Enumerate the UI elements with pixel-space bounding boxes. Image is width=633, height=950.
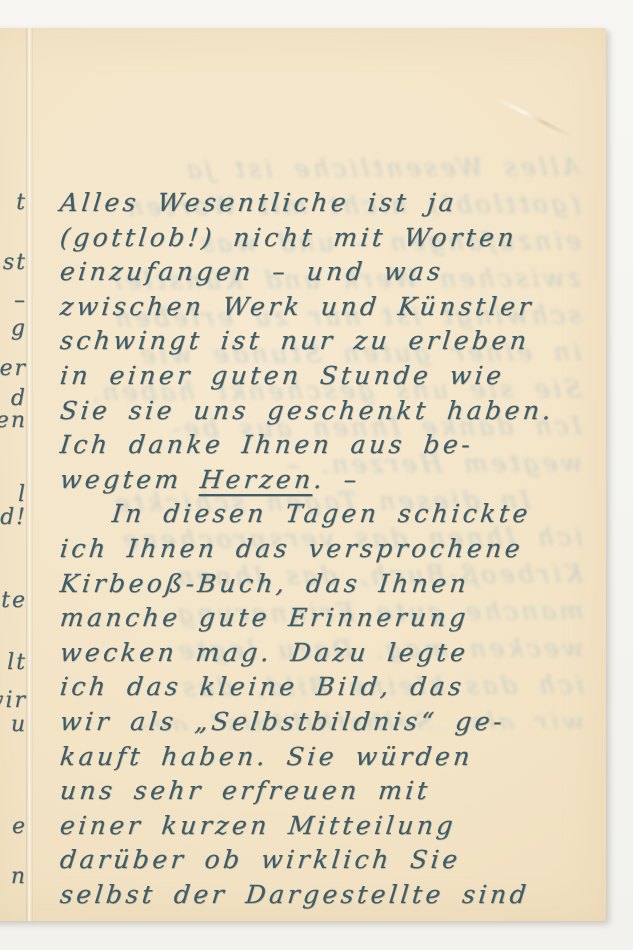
facing-page-fragment: er: [0, 356, 27, 381]
facing-page-fragment: st: [3, 250, 27, 275]
handwritten-line: in einer guten Stunde wie: [58, 359, 618, 394]
facing-page-fragment: e: [12, 814, 27, 839]
handwritten-line: wegtem Herzen. –: [58, 463, 618, 498]
handwritten-line: Kirbeoß-Buch, das Ihnen: [58, 567, 618, 602]
handwritten-line: schwingt ist nur zu erleben: [58, 324, 618, 359]
underline-stroke: Herzen: [199, 465, 316, 494]
handwritten-line: Ich danke Ihnen aus be-: [58, 428, 618, 463]
handwritten-line: wecken mag. Dazu legte: [58, 636, 618, 671]
handwritten-line: Alles Wesentliche ist ja: [58, 186, 618, 221]
handwritten-line: In diesen Tagen schickte: [58, 497, 618, 532]
facing-page-fragment: g: [11, 316, 27, 341]
handwritten-line: darüber ob wirklich Sie: [58, 843, 618, 878]
facing-page-fragment: t: [16, 190, 27, 215]
scanned-letter: Alles Wesentliche ist ja(gottlob!) nicht…: [0, 0, 633, 950]
handwritten-line: einzufangen – und was: [58, 255, 618, 290]
handwritten-line: selbst der Dargestellte sind: [58, 878, 618, 913]
facing-page-fragment: u: [11, 712, 27, 737]
handwritten-line: ich Ihnen das versprochene: [58, 532, 618, 567]
facing-page-fragment: n: [11, 864, 27, 889]
facing-page-fragment: te: [1, 588, 27, 613]
facing-page-fragment: lt: [7, 650, 27, 675]
handwritten-line: wir als „Selbstbildnis“ ge-: [58, 705, 618, 740]
facing-page-fragment: l: [18, 482, 27, 507]
handwritten-line: Sie sie uns geschenkt haben.: [58, 394, 618, 429]
facing-page-fragment: sen: [0, 408, 27, 433]
handwritten-line: einer kurzen Mitteilung: [58, 809, 618, 844]
handwritten-line: ich das kleine Bild, das: [58, 670, 618, 705]
handwritten-line: manche gute Erinnerung: [58, 601, 618, 636]
facing-page-fragment: d!: [0, 505, 27, 530]
bleedthrough-line: Alles Wesentliche ist ja: [68, 148, 582, 189]
facing-page-fragments: tst–gerdsenld!teltwiruen: [0, 0, 29, 950]
handwritten-line: zwischen Werk und Künstler: [58, 290, 618, 325]
facing-page-fragment: –: [14, 288, 27, 313]
handwritten-line: kauft haben. Sie würden: [58, 740, 618, 775]
handwritten-line: uns sehr erfreuen mit: [58, 774, 618, 809]
facing-page-fragment: wir: [0, 688, 27, 713]
handwritten-line: (gottlob!) nicht mit Worten: [58, 221, 618, 256]
letter-text-block: Alles Wesentliche ist ja(gottlob!) nicht…: [60, 186, 616, 912]
